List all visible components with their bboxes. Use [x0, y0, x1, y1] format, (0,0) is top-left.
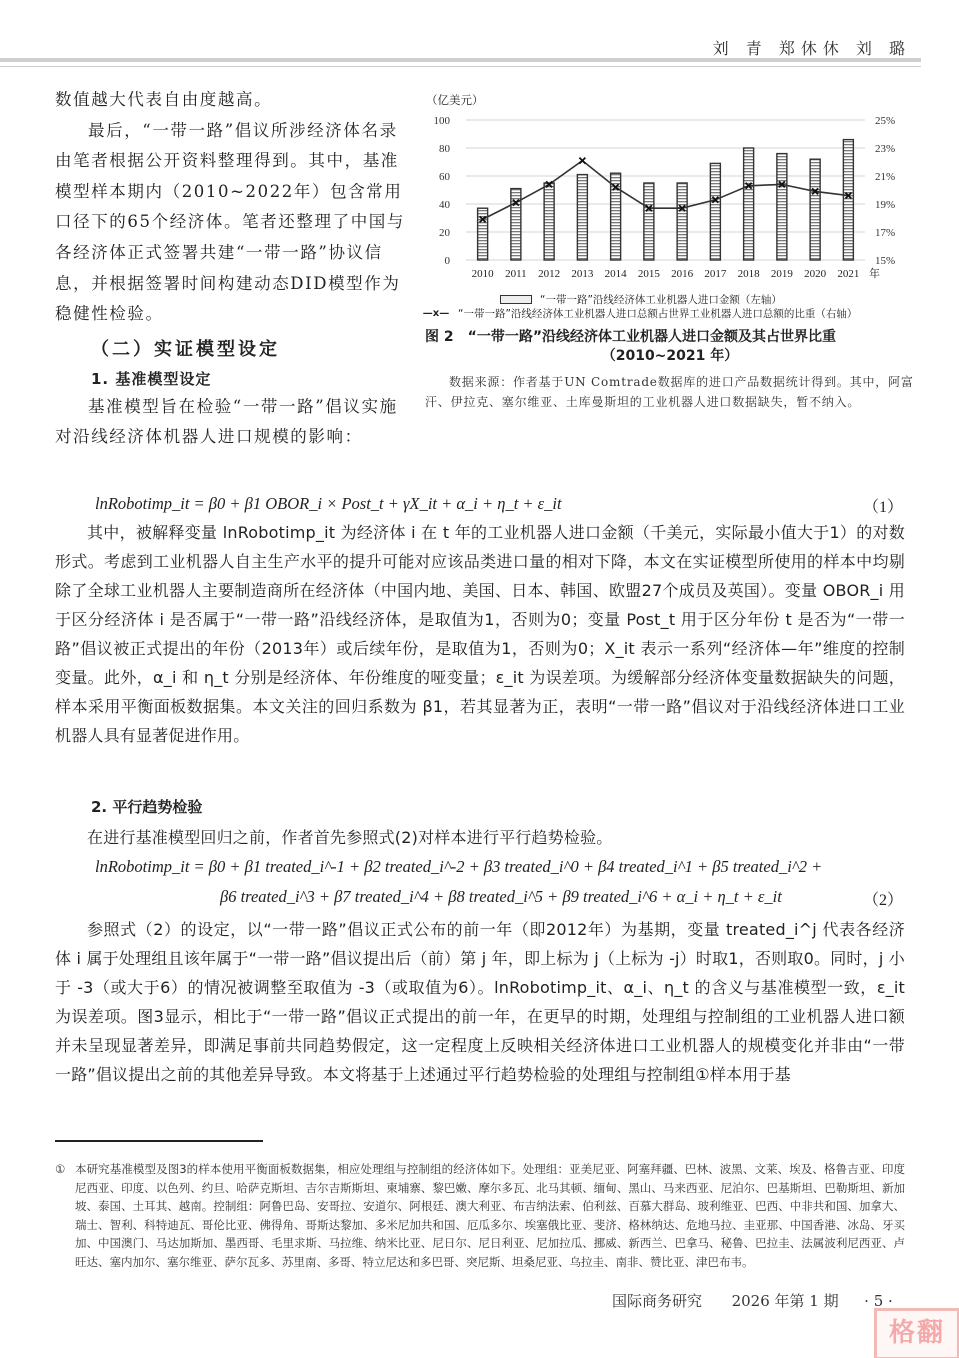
figure-source-text: 数据来源：作者基于UN Comtrade数据库的进口产品数据统计得到。其中，阿富…: [425, 372, 915, 412]
svg-text:25%: 25%: [875, 115, 895, 127]
svg-text:2012: 2012: [538, 268, 560, 280]
svg-text:2010: 2010: [472, 268, 495, 280]
svg-text:80: 80: [439, 143, 451, 155]
paragraph: 在进行基准模型回归之前，作者首先参照式(2)对样本进行平行趋势检验。: [55, 823, 905, 852]
bar-swatch-icon: [500, 295, 532, 304]
equation-2-line-2: β6 treated_i^3 + β7 treated_i^4 + β8 tre…: [220, 887, 782, 907]
svg-text:2011: 2011: [505, 268, 527, 280]
svg-text:2013: 2013: [571, 268, 594, 280]
legend-line-label: “一带一路”沿线经济体工业机器人进口总额占世界工业机器人进口总额的比重（右轴）: [458, 306, 857, 321]
figure-caption: 图 2 “一带一路”沿线经济体工业机器人进口金额及其占世界比重 （2010~20…: [425, 328, 915, 366]
svg-text:2014: 2014: [605, 268, 628, 280]
svg-text:2016: 2016: [671, 268, 694, 280]
paragraph: 参照式（2）的设定，以“一带一路”倡议正式公布的前一年（即2012年）为基期，变…: [55, 915, 905, 1089]
left-column: 数值越大代表自由度越高。 最后，“一带一路”倡议所涉经济体名录由笔者根据公开资料…: [55, 85, 407, 453]
page-footer: 国际商务研究 2026 年第 1 期 · 5 ·: [612, 1290, 893, 1311]
equation-1: lnRobotimp_it = β0 + β1 OBOR_i × Post_t …: [95, 494, 562, 514]
paragraph: 其中，被解释变量 lnRobotimp_it 为经济体 i 在 t 年的工业机器…: [55, 518, 905, 750]
svg-text:2020: 2020: [804, 268, 827, 280]
section-heading: （二）实证模型设定: [55, 334, 407, 366]
svg-text:2018: 2018: [738, 268, 761, 280]
bar-line-chart: 02040608010015%17%19%21%23%25%2010201120…: [420, 90, 920, 290]
journal-name: 国际商务研究: [612, 1292, 702, 1310]
legend-bar-label: “一带一路”沿线经济体工业机器人进口金额（左轴）: [540, 292, 782, 307]
svg-text:100: 100: [434, 115, 451, 127]
chart-legend: “一带一路”沿线经济体工业机器人进口金额（左轴） —x— “一带一路”沿线经济体…: [420, 292, 920, 320]
svg-text:2019: 2019: [771, 268, 794, 280]
svg-text:21%: 21%: [875, 171, 895, 183]
svg-text:40: 40: [439, 199, 451, 211]
paragraph: 最后，“一带一路”倡议所涉经济体名录由笔者根据公开资料整理得到。其中，基准模型样…: [55, 116, 407, 330]
svg-text:60: 60: [439, 171, 451, 183]
svg-text:年: 年: [869, 266, 880, 280]
footnote: ① 本研究基准模型及图3的样本使用平衡面板数据集，相应处理组与控制组的经济体如下…: [55, 1160, 905, 1272]
svg-text:23%: 23%: [875, 143, 895, 155]
journal-issue: 2026 年第 1 期: [732, 1292, 839, 1310]
footnote-rule: [55, 1140, 263, 1142]
svg-text:2017: 2017: [704, 268, 727, 280]
header-rule: [0, 58, 921, 62]
figure-caption-years: （2010~2021 年）: [425, 347, 915, 366]
svg-text:2015: 2015: [638, 268, 661, 280]
footnote-mark: ①: [55, 1160, 65, 1179]
paragraph: 数值越大代表自由度越高。: [55, 85, 407, 116]
svg-text:20: 20: [439, 227, 451, 239]
svg-text:15%: 15%: [875, 255, 895, 267]
subsection-heading: 1. 基准模型设定: [55, 366, 407, 392]
equation-1-number: （1）: [863, 494, 903, 517]
header-rule-thin: [0, 66, 921, 67]
subsection-heading: 2. 平行趋势检验: [91, 796, 202, 817]
watermark-stamp: 格翻: [874, 1308, 959, 1358]
paragraph: 基准模型旨在检验“一带一路”倡议实施对沿线经济体机器人进口规模的影响：: [55, 392, 407, 453]
svg-text:19%: 19%: [875, 199, 895, 211]
footnote-text: 本研究基准模型及图3的样本使用平衡面板数据集，相应处理组与控制组的经济体如下。处…: [75, 1160, 905, 1272]
running-header-authors: 刘 青 郑休休 刘 璐: [713, 36, 911, 59]
svg-text:2021: 2021: [837, 268, 859, 280]
equation-2-line-1: lnRobotimp_it = β0 + β1 treated_i^-1 + β…: [95, 857, 822, 877]
equation-2-number: （2）: [863, 887, 903, 910]
svg-text:0: 0: [445, 255, 451, 267]
line-marker-icon: —x—: [420, 308, 452, 319]
figure-source-note: 数据来源：作者基于UN Comtrade数据库的进口产品数据统计得到。其中，阿富…: [425, 372, 915, 412]
svg-text:17%: 17%: [875, 227, 895, 239]
figure-caption-title: 图 2 “一带一路”沿线经济体工业机器人进口金额及其占世界比重: [425, 328, 915, 347]
